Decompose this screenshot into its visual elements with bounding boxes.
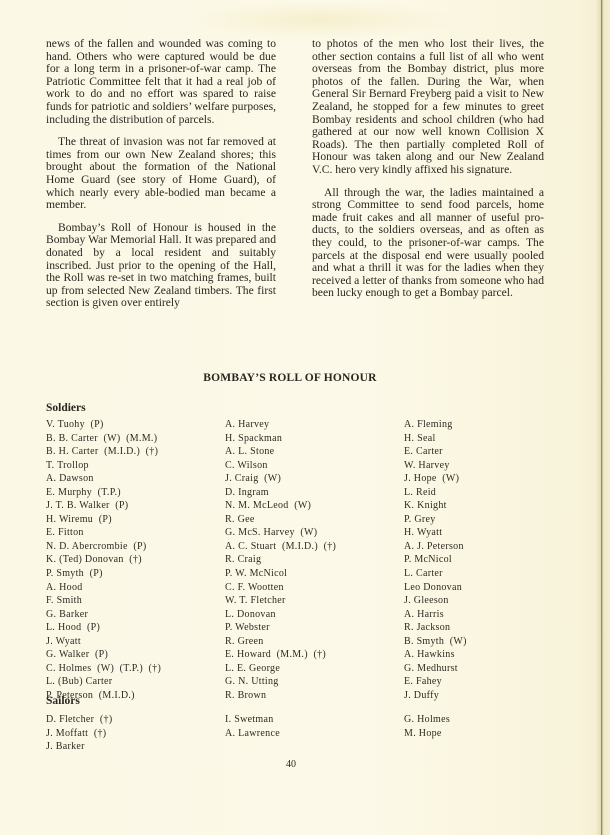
- paragraph: The threat of invasion was not far remov…: [46, 136, 276, 212]
- name-entry: L. Carter: [404, 567, 467, 581]
- name-entry: W. T. Fletcher: [225, 594, 336, 608]
- name-entry: A. Hawkins: [404, 648, 467, 662]
- name-entry: G. Medhurst: [404, 662, 467, 676]
- name-entry: C. Wilson: [225, 459, 336, 473]
- name-entry: E. Murphy (T.P.): [46, 486, 161, 500]
- binding-line: [601, 0, 602, 835]
- name-entry: K. Knight: [404, 499, 467, 513]
- name-entry: B. H. Carter (M.I.D.) (†): [46, 445, 161, 459]
- name-entry: A. J. Peterson: [404, 540, 467, 554]
- paper-stain: [180, 0, 460, 40]
- name-entry: P. Smyth (P): [46, 567, 161, 581]
- name-entry: M. Hope: [404, 727, 450, 741]
- roll-of-honour-title: BOMBAY’S ROLL OF HONOUR: [0, 372, 580, 384]
- paragraph: to photos of the men who lost their live…: [312, 38, 544, 177]
- name-entry: G. N. Utting: [225, 675, 336, 689]
- name-entry: L. Hood (P): [46, 621, 161, 635]
- name-entry: E. Carter: [404, 445, 467, 459]
- name-entry: H. Seal: [404, 432, 467, 446]
- name-entry: B. Smyth (W): [404, 635, 467, 649]
- name-entry: F. Smith: [46, 594, 161, 608]
- name-entry: A. Harvey: [225, 418, 336, 432]
- name-entry: J. Wyatt: [46, 635, 161, 649]
- soldiers-column-3: A. Fleming H. Seal E. Carter W. Harvey J…: [404, 418, 467, 702]
- name-entry: P. W. McNicol: [225, 567, 336, 581]
- name-entry: A. L. Stone: [225, 445, 336, 459]
- name-entry: D. Fletcher (†): [46, 713, 112, 727]
- name-entry: H. Spackman: [225, 432, 336, 446]
- name-entry: J. Duffy: [404, 689, 467, 703]
- name-entry: L. (Bub) Carter: [46, 675, 161, 689]
- name-entry: T. Trollop: [46, 459, 161, 473]
- paragraph: All through the war, the ladies maintain…: [312, 187, 544, 300]
- name-entry: D. Ingram: [225, 486, 336, 500]
- book-binding-edge: [596, 0, 610, 835]
- name-entry: G. McS. Harvey (W): [225, 526, 336, 540]
- sailors-column-2: I. Swetman A. Lawrence: [225, 713, 280, 740]
- name-entry: H. Wyatt: [404, 526, 467, 540]
- name-entry: H. Wiremu (P): [46, 513, 161, 527]
- name-entry: L. Donovan: [225, 608, 336, 622]
- name-entry: P. Webster: [225, 621, 336, 635]
- sailors-column-3: G. Holmes M. Hope: [404, 713, 450, 740]
- name-entry: A. Dawson: [46, 472, 161, 486]
- name-entry: R. Brown: [225, 689, 336, 703]
- name-entry: J. Moffatt (†): [46, 727, 112, 741]
- name-entry: C. Holmes (W) (T.P.) (†): [46, 662, 161, 676]
- name-entry: B. B. Carter (W) (M.M.): [46, 432, 161, 446]
- name-entry: I. Swetman: [225, 713, 280, 727]
- page-number: 40: [286, 759, 296, 770]
- name-entry: E. Howard (M.M.) (†): [225, 648, 336, 662]
- name-entry: J. Gleeson: [404, 594, 467, 608]
- soldiers-heading: Soldiers: [46, 402, 86, 414]
- name-entry: G. Holmes: [404, 713, 450, 727]
- left-text-column: news of the fallen and wounded was comin…: [46, 38, 276, 320]
- name-entry: A. Lawrence: [225, 727, 280, 741]
- name-entry: P. Grey: [404, 513, 467, 527]
- name-entry: A. Harris: [404, 608, 467, 622]
- name-entry: E. Fitton: [46, 526, 161, 540]
- name-entry: N. M. McLeod (W): [225, 499, 336, 513]
- name-entry: R. Gee: [225, 513, 336, 527]
- right-text-column: to photos of the men who lost their live…: [312, 38, 544, 310]
- name-entry: A. Hood: [46, 581, 161, 595]
- name-entry: G. Walker (P): [46, 648, 161, 662]
- name-entry: R. Craig: [225, 553, 336, 567]
- name-entry: J. Craig (W): [225, 472, 336, 486]
- name-entry: L. E. George: [225, 662, 336, 676]
- paragraph: news of the fallen and wounded was comin…: [46, 38, 276, 126]
- name-entry: C. F. Wootten: [225, 581, 336, 595]
- name-entry: E. Fahey: [404, 675, 467, 689]
- name-entry: N. D. Abercrombie (P): [46, 540, 161, 554]
- name-entry: V. Tuohy (P): [46, 418, 161, 432]
- name-entry: A. Fleming: [404, 418, 467, 432]
- paragraph: Bombay’s Roll of Honour is housed in the…: [46, 222, 276, 310]
- name-entry: A. C. Stuart (M.I.D.) (†): [225, 540, 336, 554]
- sailors-heading: Sailors: [46, 695, 80, 707]
- name-entry: Leo Donovan: [404, 581, 467, 595]
- soldiers-column-1: V. Tuohy (P) B. B. Carter (W) (M.M.) B. …: [46, 418, 161, 702]
- name-entry: K. (Ted) Donovan (†): [46, 553, 161, 567]
- name-entry: J. T. B. Walker (P): [46, 499, 161, 513]
- name-entry: P. McNicol: [404, 553, 467, 567]
- name-entry: G. Barker: [46, 608, 161, 622]
- sailors-column-1: D. Fletcher (†) J. Moffatt (†) J. Barker: [46, 713, 112, 754]
- name-entry: W. Harvey: [404, 459, 467, 473]
- soldiers-column-2: A. Harvey H. Spackman A. L. Stone C. Wil…: [225, 418, 336, 702]
- name-entry: R. Jackson: [404, 621, 467, 635]
- name-entry: L. Reid: [404, 486, 467, 500]
- name-entry: R. Green: [225, 635, 336, 649]
- name-entry: J. Hope (W): [404, 472, 467, 486]
- name-entry: J. Barker: [46, 740, 112, 754]
